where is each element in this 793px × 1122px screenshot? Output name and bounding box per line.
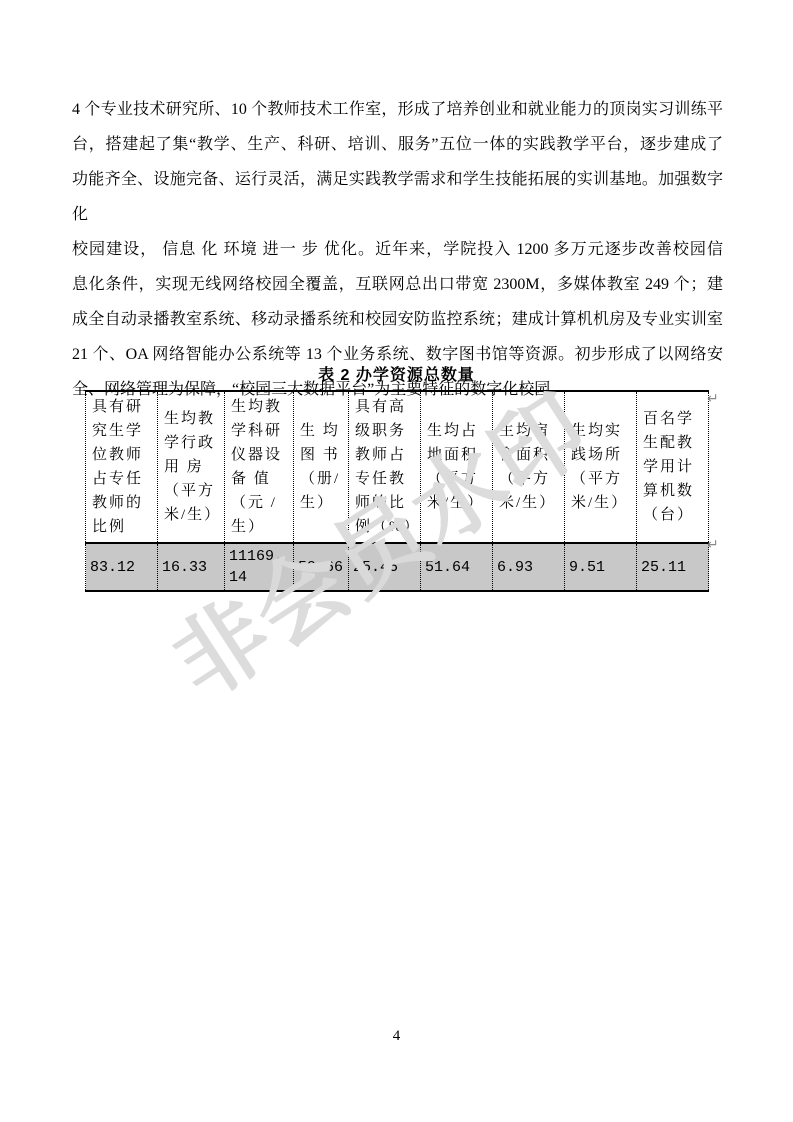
- table-header-cell: 百名学 生配教 学用计 算机数 （台）: [637, 391, 709, 543]
- table-header-cell: 生 均 图 书 （册/ 生）: [294, 391, 349, 543]
- table-header-cell: 生均实 践场所 （平方 米/生）: [565, 391, 637, 543]
- row-end-mark-icon: ↵: [707, 391, 719, 407]
- row-end-mark-icon: ↵: [707, 537, 719, 553]
- table-data-cell: 11169.14: [225, 543, 294, 591]
- paragraph-line: 4 个专业技术研究所、10 个教师技术工作室，形成了培养创业和就业能力的顶岗实习…: [72, 92, 723, 127]
- table-header-cell: 具有研 究生学 位教师 占专任 教师的 比例: [86, 391, 158, 543]
- table-header-cell: 生均占 地面积 （平方 米/生）: [421, 391, 493, 543]
- resources-table: 具有研 究生学 位教师 占专任 教师的 比例生均教 学行政 用 房 （平方 米/…: [85, 390, 709, 592]
- table-data-cell: 83.12: [86, 543, 158, 591]
- paragraph-line: 成全自动录播教室系统、移动录播系统和校园安防监控系统；建成计算机机房及专业实训室: [72, 302, 723, 337]
- table-header-row: 具有研 究生学 位教师 占专任 教师的 比例生均教 学行政 用 房 （平方 米/…: [86, 391, 709, 543]
- page-number: 4: [0, 1028, 793, 1045]
- table-data-cell: 51.64: [421, 543, 493, 591]
- table-data-cell: 9.51: [565, 543, 637, 591]
- table-data-row: 83.1216.3311169.1459.6625.4551.646.939.5…: [86, 543, 709, 591]
- table-data-cell: 25.45: [349, 543, 421, 591]
- table-data-cell: 6.93: [493, 543, 565, 591]
- table-header-cell: 生均宿 舍面积 （平方 米/生）: [493, 391, 565, 543]
- table-caption: 表 2 办学资源总数量: [0, 362, 793, 385]
- paragraph-line: 校园建设， 信息 化 环境 进一 步 优化。近年来，学院投入 1200 多万元逐…: [72, 232, 723, 267]
- table-data-cell: 25.11: [637, 543, 709, 591]
- table-header-cell: 生均教 学科研 仪器设 备 值 （元 / 生）: [225, 391, 294, 543]
- table-header-cell: 生均教 学行政 用 房 （平方 米/生）: [158, 391, 225, 543]
- body-paragraph: 4 个专业技术研究所、10 个教师技术工作室，形成了培养创业和就业能力的顶岗实习…: [72, 92, 723, 407]
- paragraph-line: 功能齐全、设施完备、运行灵活，满足实践教学需求和学生技能拓展的实训基地。加强数字…: [72, 162, 723, 232]
- table-data-cell: 59.66: [294, 543, 349, 591]
- paragraph-line: 息化条件，实现无线网络校园全覆盖，互联网总出口带宽 2300M，多媒体教室 24…: [72, 267, 723, 302]
- paragraph-line: 台，搭建起了集“教学、生产、科研、培训、服务”五位一体的实践教学平台，逐步建成了: [72, 127, 723, 162]
- table-data-cell: 16.33: [158, 543, 225, 591]
- document-page: 4 个专业技术研究所、10 个教师技术工作室，形成了培养创业和就业能力的顶岗实习…: [0, 0, 793, 1122]
- table-header-cell: 具有高 级职务 教师占 专任教 师的比 例（%）: [349, 391, 421, 543]
